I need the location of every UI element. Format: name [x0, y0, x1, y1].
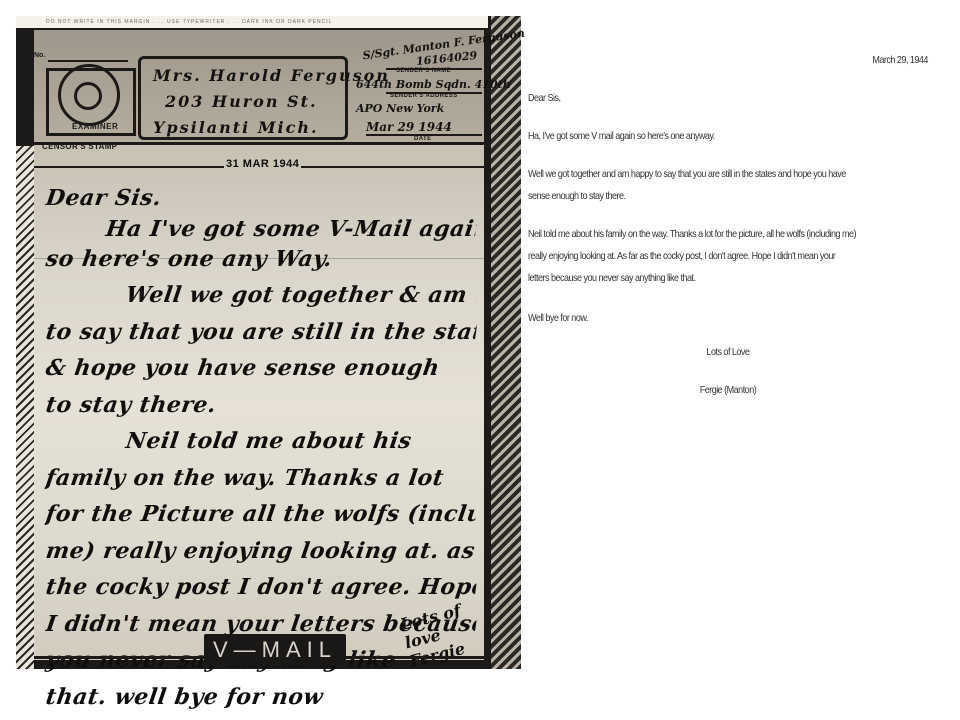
scan-right-hatched-border: [488, 16, 521, 669]
number-label: No.: [34, 52, 45, 59]
handwritten-line: to say that you are still in the states: [43, 314, 478, 351]
sender-unit-handwritten: 644th Bomb Sqdn. 410th: [356, 78, 511, 91]
recipient-name: Mrs. Harold Ferguson: [153, 63, 333, 89]
handwritten-letter: Dear Sis. Ha I've got some V-Mail again …: [46, 180, 476, 640]
transcript-paragraph: Neil told me about his family on the way…: [528, 224, 928, 244]
postmark-stamp: 31 MAR 1944: [224, 158, 301, 170]
censor-examiner-text: EXAMINER: [72, 122, 118, 131]
transcript-salutation: Dear Sis,: [528, 88, 928, 108]
vmail-header: No. EXAMINER Mrs. Harold Ferguson 203 Hu…: [34, 30, 484, 145]
handwritten-line: that. well bye for now: [43, 679, 478, 716]
transcript-paragraph: Ha, I've got some V mail again so here's…: [528, 126, 928, 146]
handwritten-line: Well we got together & am happy: [43, 277, 478, 314]
handwritten-line: & hope you have sense enough: [43, 350, 478, 387]
handwritten-line: so here's one any Way.: [43, 241, 478, 278]
transcript-signature: Fergie (Manton): [528, 384, 928, 396]
censor-stamp-inner-ring: [74, 82, 102, 110]
date-label: DATE: [414, 136, 432, 142]
scan-margin-instructions: DO NOT WRITE IN THIS MARGIN . . . USE TY…: [16, 16, 496, 28]
handwritten-line: me) really enjoying looking at. as far a…: [43, 533, 478, 570]
handwritten-line: for the Picture all the wolfs (including: [43, 496, 478, 533]
handwritten-line: Dear Sis.: [43, 180, 478, 217]
recipient-address-box: Mrs. Harold Ferguson 203 Huron St. Ypsil…: [138, 56, 348, 140]
transcript-paragraph: Well we got together and am happy to say…: [528, 164, 928, 184]
censor-stamp-label: CENSOR'S STAMP: [42, 142, 117, 151]
sender-address-label: SENDER'S ADDRESS: [390, 93, 458, 99]
scan-left-hatched-border: [16, 146, 34, 669]
transcript-paragraph: sense enough to stay there.: [528, 186, 928, 206]
transcript-date: March 29, 1944: [528, 54, 928, 66]
recipient-street: 203 Huron St.: [153, 89, 333, 115]
number-line: [48, 60, 128, 62]
handwritten-line: the cocky post I don't agree. Hope: [43, 569, 478, 606]
handwritten-line: family on the way. Thanks a lot: [43, 460, 478, 497]
transcript-paragraph: Well bye for now.: [528, 308, 928, 328]
vmail-label-plate: V—MAIL: [204, 634, 346, 666]
transcript-closing: Lots of Love: [528, 346, 928, 358]
vmail-scan-image: DO NOT WRITE IN THIS MARGIN . . . USE TY…: [16, 16, 521, 669]
sender-name-label: SENDER'S NAME: [396, 68, 451, 74]
sender-info-block: S/Sgt. Manton F. Ferguson 16164029 SENDE…: [356, 38, 484, 138]
transcript-paragraph: really enjoying looking at. As far as th…: [528, 246, 928, 266]
vmail-form: No. EXAMINER Mrs. Harold Ferguson 203 Hu…: [34, 30, 484, 660]
transcript-paragraph: letters because you never say anything l…: [528, 268, 928, 288]
recipient-city: Ypsilanti Mich.: [153, 115, 333, 141]
letter-date-handwritten: Mar 29 1944: [366, 120, 452, 134]
sender-address-handwritten: APO New York: [356, 102, 444, 115]
handwritten-line: Neil told me about his: [43, 423, 478, 460]
handwritten-line: to stay there.: [43, 387, 478, 424]
handwritten-line: Ha I've got some V-Mail again: [44, 217, 477, 241]
